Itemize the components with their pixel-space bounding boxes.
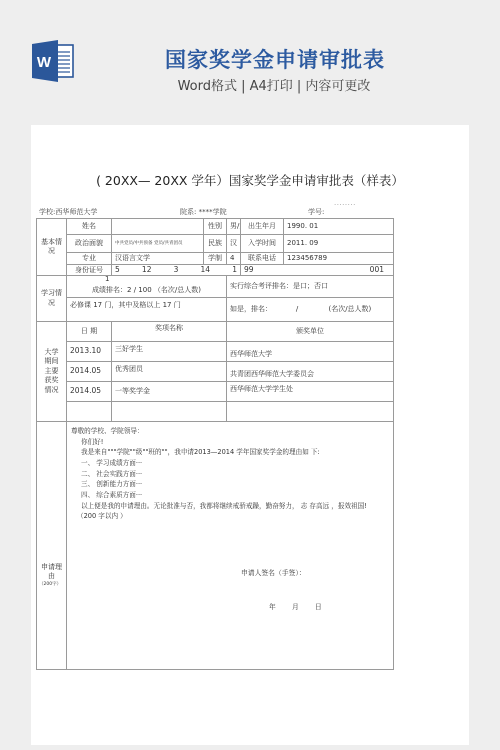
application-form-table: 基本情况 姓名 性别 男/女 出生年月 1990. 01 政治面貌 中共党员/中… (36, 218, 394, 670)
student-id-value: ........ (334, 199, 356, 207)
banner-title: 国家奖学金申请审批表 (0, 44, 500, 74)
id-digit: 3 (174, 266, 179, 275)
award-name[interactable] (112, 402, 227, 422)
id-number-part-1[interactable]: 5 12 3 14 1 (112, 265, 241, 276)
document-page: ( 20XX— 20XX 学年）国家奖学金申请审批表（样表） 学校:西华师范大学… (31, 125, 469, 745)
reason-line: 一、 学习成绩方面··· (71, 458, 389, 469)
id-number-label: 身份证号 (67, 265, 112, 276)
required-courses[interactable]: 必修课 17 门，其中及格以上 17 门 (67, 298, 227, 322)
signature-area: 申请人签名（手签）： 年 月 日 (71, 522, 389, 622)
award-row: 2014.05 优秀团员 共青团西华师范大学委员会 (37, 362, 394, 382)
section-study: 学习情况 (37, 276, 67, 322)
id-digit: 5 (115, 266, 120, 275)
awards-header-date: 日 期 (67, 322, 112, 342)
if-yes-suffix: (名次/总人数) (328, 305, 371, 313)
reason-line: （200 字以内 ） (71, 511, 389, 522)
reason-line: 四、 综合素质方面··· (71, 490, 389, 501)
school-field: 学校:西华师范大学 (39, 207, 97, 217)
awards-header-issuer: 颁奖单位 (227, 322, 394, 342)
award-issuer[interactable]: 西华师范大学 (227, 342, 394, 362)
signature-date[interactable]: 年 月 日 (269, 602, 322, 613)
major-value[interactable]: 汉语言文学 (112, 253, 204, 265)
award-issuer[interactable]: 共青团西华师范大学委员会 (227, 362, 394, 382)
award-date[interactable]: 2014.05 (67, 362, 112, 382)
birth-value[interactable]: 1990. 01 (284, 219, 394, 235)
award-issuer[interactable]: 西华师范大学学生处 (227, 382, 394, 402)
award-row (37, 402, 394, 422)
if-yes-slash: / (274, 305, 298, 313)
rank-text: 成绩排名：2 / 100 （名次/总人数) (92, 286, 201, 294)
section-basic-info: 基本情况 (37, 219, 67, 276)
enroll-value[interactable]: 2011. 09 (284, 235, 394, 253)
duration-label: 学制 (204, 253, 227, 265)
id-digit: 1 (232, 266, 237, 275)
reason-line: 三、 创新能力方面··· (71, 479, 389, 490)
section-awards: 大学期间主要获奖情况 (37, 322, 67, 422)
id-digit: 001 (370, 266, 384, 275)
award-name[interactable]: 优秀团员 (112, 362, 227, 382)
awards-header-name: 奖项名称 (112, 322, 227, 342)
id-digit: 14 (201, 266, 211, 275)
reason-line: 尊敬的学校、学院领导： (71, 426, 389, 437)
reason-note: （200字） (39, 582, 64, 588)
phone-value[interactable]: 123456789 (284, 253, 394, 265)
if-yes-rank[interactable]: 如是，排名： / (名次/总人数) (227, 298, 394, 322)
id-digit: 99 (244, 266, 254, 275)
award-name[interactable]: 三好学生 (112, 342, 227, 362)
document-title: ( 20XX— 20XX 学年）国家奖学金申请审批表（样表） (31, 171, 469, 189)
gender-value[interactable]: 男/女 (227, 219, 241, 235)
duration-value[interactable]: 4 (227, 253, 241, 265)
reason-textarea[interactable]: 尊敬的学校、学院领导： 你们好! 我是来自"""学院""级""班的""，我申请2… (67, 422, 394, 670)
reason-line: 以上便是我的申请理由。无论批准与否，我都将继续戒骄戒躁，勤奋努力， 志 存高远 … (71, 501, 389, 512)
comprehensive-rank[interactable]: 实行综合考评排名：是口；否口 (227, 276, 394, 298)
political-value[interactable]: 中共党员/中共预备 党员/共青团员 (112, 235, 204, 253)
name-value[interactable] (112, 219, 204, 235)
gender-label: 性别 (204, 219, 227, 235)
reason-line: 二、 社会实践方面··· (71, 469, 389, 480)
reason-line: 我是来自"""学院""级""班的""，我申请2013—2014 学年国家奖学金的… (71, 447, 389, 458)
ethnic-value[interactable]: 汉 (227, 235, 241, 253)
signature-label[interactable]: 申请人签名（手签）： (241, 568, 306, 579)
id-number-part-2[interactable]: 99 001 (241, 265, 394, 276)
department-field: 院系: ****学院 (180, 207, 227, 217)
name-label: 姓名 (67, 219, 112, 235)
ethnic-label: 民族 (204, 235, 227, 253)
award-issuer[interactable] (227, 402, 394, 422)
header-banner: W 国家奖学金申请审批表 Word格式 | A4打印 | 内容可更改 (0, 0, 500, 120)
award-date[interactable]: 2013.10 (67, 342, 112, 362)
phone-label: 联系电话 (241, 253, 284, 265)
banner-subtitle: Word格式 | A4打印 | 内容可更改 (0, 75, 500, 94)
id-digit: 12 (142, 266, 152, 275)
major-label: 专业 (67, 253, 112, 265)
reason-label: 申请理由 (39, 503, 64, 582)
birth-label: 出生年月 (241, 219, 284, 235)
award-row: 2014.05 一等奖学金 西华师范大学学生处 (37, 382, 394, 402)
award-name[interactable]: 一等奖学金 (112, 382, 227, 402)
rank-superscript: 1 (105, 276, 109, 284)
section-reason: 申请理由 （200字） (37, 422, 67, 670)
rank-cell[interactable]: 1 成绩排名：2 / 100 （名次/总人数) (67, 276, 227, 298)
reason-line: 你们好! (71, 437, 389, 448)
political-label: 政治面貌 (67, 235, 112, 253)
if-yes-label: 如是，排名： (230, 305, 272, 313)
award-row: 2013.10 三好学生 西华师范大学 (37, 342, 394, 362)
award-date[interactable]: 2014.05 (67, 382, 112, 402)
award-date[interactable] (67, 402, 112, 422)
enroll-label: 入学时间 (241, 235, 284, 253)
student-id-label: 学号: (308, 207, 324, 217)
